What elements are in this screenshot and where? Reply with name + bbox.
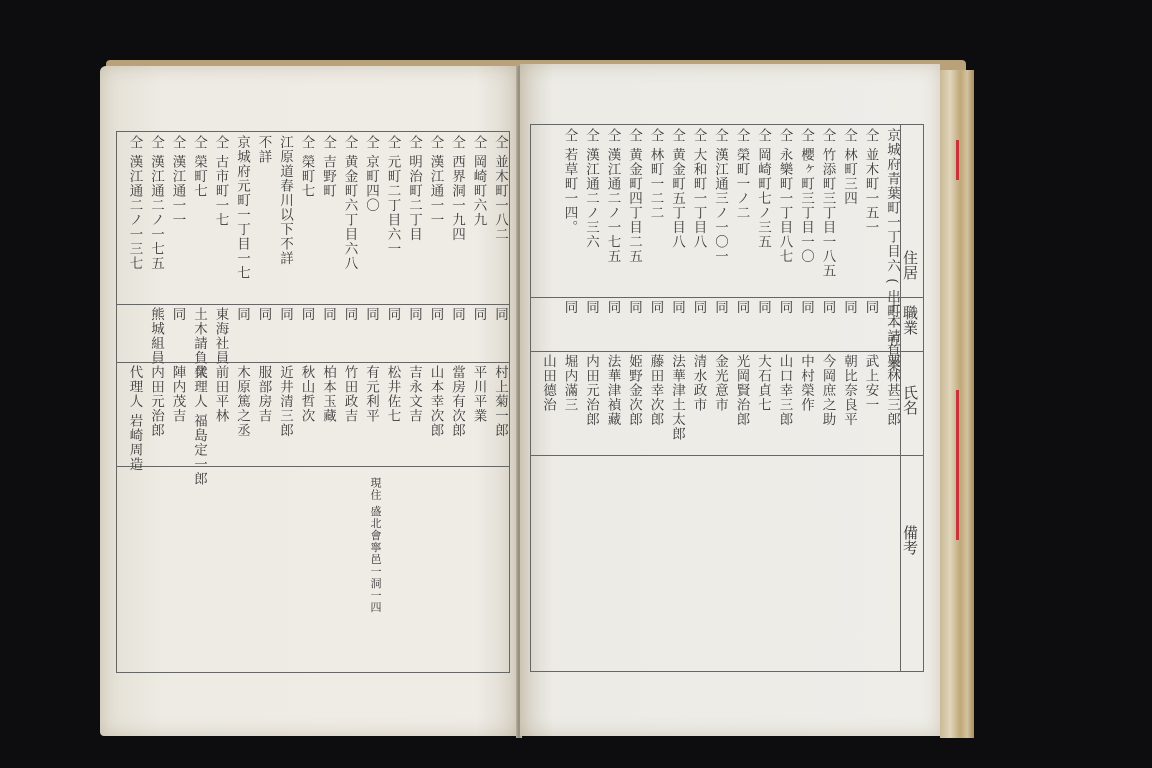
- address-entry: 仝 漢江通一一: [423, 132, 445, 304]
- address-entry: 仝 榮町七: [294, 132, 316, 304]
- name-entry: 前田平林: [208, 362, 230, 466]
- name-entry: 近井清三郎: [273, 362, 295, 466]
- red-seal-mark: [956, 390, 959, 540]
- address-entry: 仝 榮町七: [187, 132, 209, 304]
- open-register-book: 仝 並木町一八二仝 岡崎町六九仝 西界洞一九四仝 漢江通一一仝 明治町二丁目仝 …: [98, 60, 974, 740]
- name-entry: 朝比奈良平: [837, 351, 859, 455]
- address-entry: 京城府青葉町一丁目六 ( 出町一五: [880, 125, 902, 297]
- occupation-entry: 同: [686, 297, 708, 351]
- address-entry: 仝 岡崎町七ノ三五: [751, 125, 773, 297]
- header-address: 住居: [900, 250, 921, 280]
- name-entry: 竹田政吉: [337, 362, 359, 466]
- right-page: 京城府青葉町一丁目六 ( 出町一五仝 並木町一五一仝 林町三四仝 竹添町三丁目一…: [520, 64, 940, 736]
- address-entry: 仝 竹添町三丁目一八五: [815, 125, 837, 297]
- address-entry: 仝 漢江通一一: [165, 132, 187, 304]
- address-entry: 仝 古市町一七: [208, 132, 230, 304]
- occupation-entry: 同: [837, 297, 859, 351]
- occupation-entry: 同: [557, 297, 579, 351]
- occupation-entry: 同: [380, 304, 402, 362]
- address-entry: 江原道春川以下不詳: [273, 132, 295, 304]
- name-entry: 法華津土太郎: [665, 351, 687, 455]
- left-page: 仝 並木町一八二仝 岡崎町六九仝 西界洞一九四仝 漢江通一一仝 明治町二丁目仝 …: [100, 66, 518, 736]
- occupation-entry: 同: [316, 304, 338, 362]
- occupation-entry: 熊城組員: [144, 304, 166, 362]
- address-entry: 仝 若草町一四。: [557, 125, 579, 297]
- address-entry: 仝 岡崎町六九: [466, 132, 488, 304]
- name-entry: 當房有次郎: [445, 362, 467, 466]
- occupation-row: 土木請負業同同同同同同同同同同同同同同同: [531, 297, 923, 352]
- name-entry: 柏本玉藏: [316, 362, 338, 466]
- name-entry: 内田元治郎: [579, 351, 601, 455]
- occupation-entry: 同: [359, 304, 381, 362]
- occupation-entry: 土木請負業: [880, 297, 902, 351]
- address-entry: 仝 黄金町四丁目二五: [622, 125, 644, 297]
- address-entry: 仝 明治町二丁目: [402, 132, 424, 304]
- name-entry: 光岡賢治郎: [729, 351, 751, 455]
- address-entry: 仝 元町二丁目六一: [380, 132, 402, 304]
- name-entry: 陣内茂吉: [165, 362, 187, 466]
- address-row: 京城府青葉町一丁目六 ( 出町一五仝 並木町一五一仝 林町三四仝 竹添町三丁目一…: [531, 125, 923, 298]
- address-entry: 仝 京町四〇: [359, 132, 381, 304]
- occupation-entry: 同: [665, 297, 687, 351]
- address-entry: 仝 黄金町六丁目六八: [337, 132, 359, 304]
- occupation-entry: 同: [251, 304, 273, 362]
- header-column: 住居 職業 氏名 備考: [900, 125, 923, 671]
- address-entry: 仝 漢江通二ノ一七五: [600, 125, 622, 297]
- address-entry: 仝 漢江通二ノ三六: [579, 125, 601, 297]
- address-entry: 仝 黄金町五丁目八: [665, 125, 687, 297]
- occupation-entry: 同: [294, 304, 316, 362]
- occupation-entry: 同: [751, 297, 773, 351]
- name-entry: 木原篤之丞: [230, 362, 252, 466]
- address-entry: 仝 榮町一ノ二: [729, 125, 751, 297]
- address-entry: 仝 漢江通二ノ一三七: [122, 132, 144, 304]
- address-entry: 仝 吉野町: [316, 132, 338, 304]
- right-register-table: 京城府青葉町一丁目六 ( 出町一五仝 並木町一五一仝 林町三四仝 竹添町三丁目一…: [530, 124, 924, 672]
- name-entry: 吉永文吉: [402, 362, 424, 466]
- address-entry: 仝 漢江通三ノ一〇一: [708, 125, 730, 297]
- name-entry: 山田德治: [536, 351, 558, 455]
- name-entry: 山口幸三郎: [772, 351, 794, 455]
- name-entry: 法華津禎藏: [600, 351, 622, 455]
- name-entry: 代理人 福島定一郎: [187, 362, 209, 466]
- name-entry: 今岡庶之助: [815, 351, 837, 455]
- occupation-entry: 同: [579, 297, 601, 351]
- occupation-entry: 同: [729, 297, 751, 351]
- name-entry: 内田元治郎: [144, 362, 166, 466]
- address-entry: 不詳: [251, 132, 273, 304]
- name-entry: 有元利平: [359, 362, 381, 466]
- address-entry: 仝 永樂町一丁目八七: [772, 125, 794, 297]
- name-entry: 武上安一: [858, 351, 880, 455]
- header-remarks: 備考: [900, 525, 921, 555]
- occupation-row: 同同同同同同同同同同同同同東海社員土木請負業同熊城組員: [117, 304, 509, 363]
- occupation-entry: 同: [794, 297, 816, 351]
- address-entry: 仝 林町三四: [837, 125, 859, 297]
- occupation-entry: 土木請負業: [187, 304, 209, 362]
- address-row: 仝 並木町一八二仝 岡崎町六九仝 西界洞一九四仝 漢江通一一仝 明治町二丁目仝 …: [117, 132, 509, 305]
- name-row: 村上菊一郎平川平業當房有次郎山本幸次郎吉永文吉松井佐七有元利平竹田政吉柏本玉藏秋…: [117, 362, 509, 467]
- occupation-entry: 同: [230, 304, 252, 362]
- name-entry: 清水政市: [686, 351, 708, 455]
- occupation-entry: 同: [815, 297, 837, 351]
- occupation-entry: 同: [858, 297, 880, 351]
- occupation-entry: 同: [165, 304, 187, 362]
- address-entry: 仝 西界洞一九四: [445, 132, 467, 304]
- occupation-entry: 同: [337, 304, 359, 362]
- occupation-entry: 同: [622, 297, 644, 351]
- occupation-entry: 同: [466, 304, 488, 362]
- occupation-entry: 同: [402, 304, 424, 362]
- occupation-entry: 東海社員: [208, 304, 230, 362]
- occupation-entry: 同: [445, 304, 467, 362]
- name-entry: 代理人 岩崎周造: [122, 362, 144, 466]
- name-entry: 秋山哲次: [294, 362, 316, 466]
- name-entry: 松井佐七: [380, 362, 402, 466]
- address-entry: 仝 並木町一五一: [858, 125, 880, 297]
- name-entry: 中村榮作: [794, 351, 816, 455]
- red-seal-mark: [956, 140, 959, 180]
- name-entry: 大石貞七: [751, 351, 773, 455]
- occupation-entry: 同: [600, 297, 622, 351]
- name-entry: 服部房吉: [251, 362, 273, 466]
- address-entry: 京城府元町一丁目一七: [230, 132, 252, 304]
- remarks-note: 現住 盛北會寧邑一洞一四: [367, 477, 383, 614]
- name-entry: 姫野金次郎: [622, 351, 644, 455]
- address-entry: 仝 並木町一八二: [488, 132, 510, 304]
- occupation-entry: 同: [488, 304, 510, 362]
- name-entry: 金光意市: [708, 351, 730, 455]
- address-entry: 仝 大和町一丁目八: [686, 125, 708, 297]
- header-name: 氏名: [900, 385, 921, 415]
- address-entry: 仝 漢江通二ノ一七五: [144, 132, 166, 304]
- name-entry: 平川平業: [466, 362, 488, 466]
- address-entry: 仝 林町一二二: [643, 125, 665, 297]
- name-row: 栗林甚三郎武上安一朝比奈良平今岡庶之助中村榮作山口幸三郎大石貞七光岡賢治郎金光意…: [531, 351, 923, 456]
- name-entry: 栗林甚三郎: [880, 351, 902, 455]
- name-entry: 村上菊一郎: [488, 362, 510, 466]
- name-entry: 堀内滿三: [557, 351, 579, 455]
- name-entry: 藤田幸次郎: [643, 351, 665, 455]
- header-occupation: 職業: [900, 305, 921, 335]
- name-entry: 山本幸次郎: [423, 362, 445, 466]
- left-register-table: 仝 並木町一八二仝 岡崎町六九仝 西界洞一九四仝 漢江通一一仝 明治町二丁目仝 …: [116, 131, 510, 673]
- address-entry: 仝 櫻ヶ町三丁目一〇: [794, 125, 816, 297]
- occupation-entry: 同: [273, 304, 295, 362]
- occupation-entry: 同: [423, 304, 445, 362]
- occupation-entry: 同: [772, 297, 794, 351]
- occupation-entry: 同: [643, 297, 665, 351]
- occupation-entry: 同: [708, 297, 730, 351]
